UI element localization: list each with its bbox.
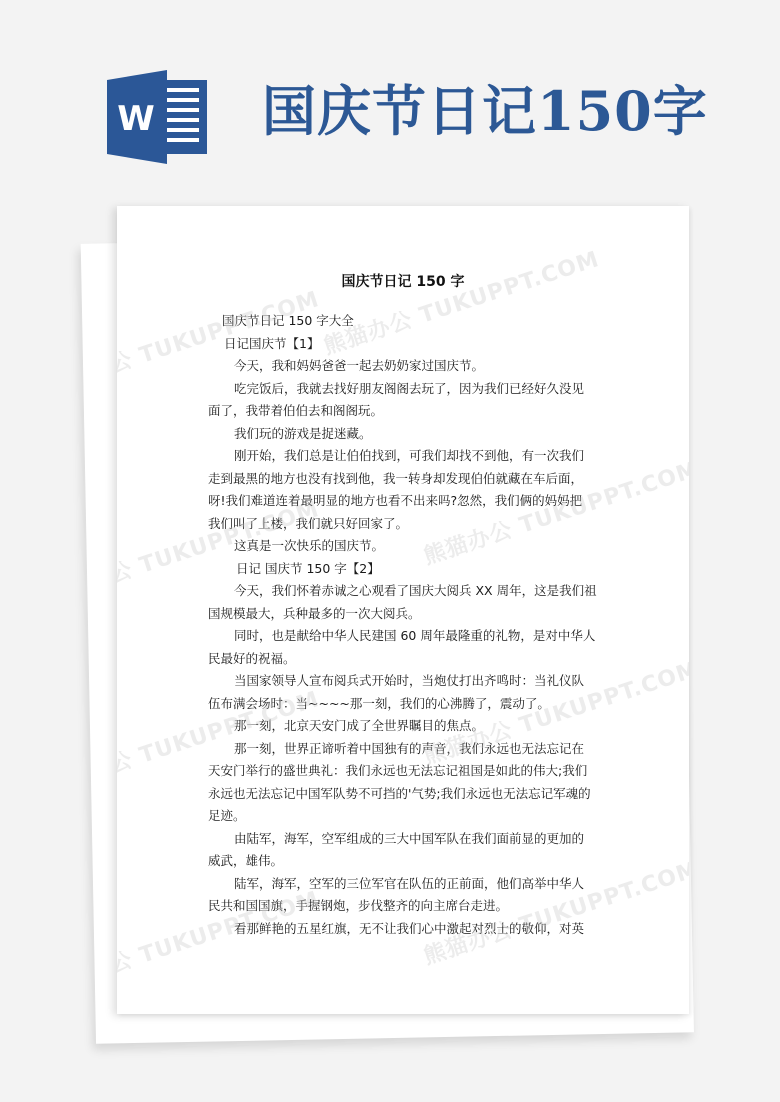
document-title: 国庆节日记 150 字 [117, 272, 689, 292]
document-line: 足迹。 [208, 805, 606, 828]
document-line: 民共和国国旗，手握钢炮，步伐整齐的向主席台走进。 [208, 895, 606, 918]
document-line: 国规模最大，兵种最多的一次大阅兵。 [208, 603, 606, 626]
document-line: 永远也无法忘记中国军队势不可挡的'气势;我们永远也无法忘记军魂的 [208, 783, 606, 806]
document-line: 日记国庆节【1】 [208, 333, 606, 356]
document-line: 伍布满会场时：当~~~~那一刻，我们的心沸腾了，震动了。 [208, 693, 606, 716]
document-line: 同时，也是献给中华人民建国 60 周年最隆重的礼物，是对中华人 [208, 625, 606, 648]
document-line: 看那鲜艳的五星红旗，无不让我们心中激起对烈士的敬仰，对英 [208, 918, 606, 941]
document-line: 陆军，海军，空军的三位军官在队伍的正前面，他们高举中华人 [208, 873, 606, 896]
document-line: 民最好的祝福。 [208, 648, 606, 671]
document-line: 日记 国庆节 150 字【2】 [208, 558, 606, 581]
document-line: 那一刻，世界正谛听着中国独有的声音，我们永远也无法忘记在 [208, 738, 606, 761]
document-line: 今天，我和妈妈爸爸一起去奶奶家过国庆节。 [208, 355, 606, 378]
document-line: 这真是一次快乐的国庆节。 [208, 535, 606, 558]
document-line: 呀!我们难道连着最明显的地方也看不出来吗?忽然，我们俩的妈妈把 [208, 490, 606, 513]
document-line: 天安门举行的盛世典礼：我们永远也无法忘记祖国是如此的伟大;我们 [208, 760, 606, 783]
svg-text:W: W [117, 99, 155, 139]
document-line: 刚开始，我们总是让伯伯找到，可我们却找不到他，有一次我们 [208, 445, 606, 468]
page-header: W 国庆节日记150字 [0, 0, 780, 190]
document-line: 国庆节日记 150 字大全 [208, 310, 606, 333]
document-line: 当国家领导人宣布阅兵式开始时，当炮仗打出齐鸣时：当礼仪队 [208, 670, 606, 693]
document-line: 由陆军，海军，空军组成的三大中国军队在我们面前显的更加的 [208, 828, 606, 851]
document-line: 吃完饭后，我就去找好朋友阁阁去玩了，因为我们已经好久没见 [208, 378, 606, 401]
document-body: 国庆节日记 150 字大全日记国庆节【1】今天，我和妈妈爸爸一起去奶奶家过国庆节… [208, 310, 606, 940]
document-line: 威武，雄伟。 [208, 850, 606, 873]
word-document-icon: W [107, 70, 209, 164]
document-line: 面了，我带着伯伯去和阁阁玩。 [208, 400, 606, 423]
document-page: 国庆节日记 150 字 国庆节日记 150 字大全日记国庆节【1】今天，我和妈妈… [117, 206, 689, 1014]
document-line: 走到最黑的地方也没有找到他，我一转身却发现伯伯就藏在车后面， [208, 468, 606, 491]
document-line: 今天，我们怀着赤诚之心观看了国庆大阅兵 XX 周年，这是我们祖 [208, 580, 606, 603]
document-line: 我们玩的游戏是捉迷藏。 [208, 423, 606, 446]
document-line: 我们叫了上楼，我们就只好回家了。 [208, 513, 606, 536]
header-title: 国庆节日记150字 [262, 76, 708, 146]
document-line: 那一刻，北京天安门成了全世界瞩目的焦点。 [208, 715, 606, 738]
